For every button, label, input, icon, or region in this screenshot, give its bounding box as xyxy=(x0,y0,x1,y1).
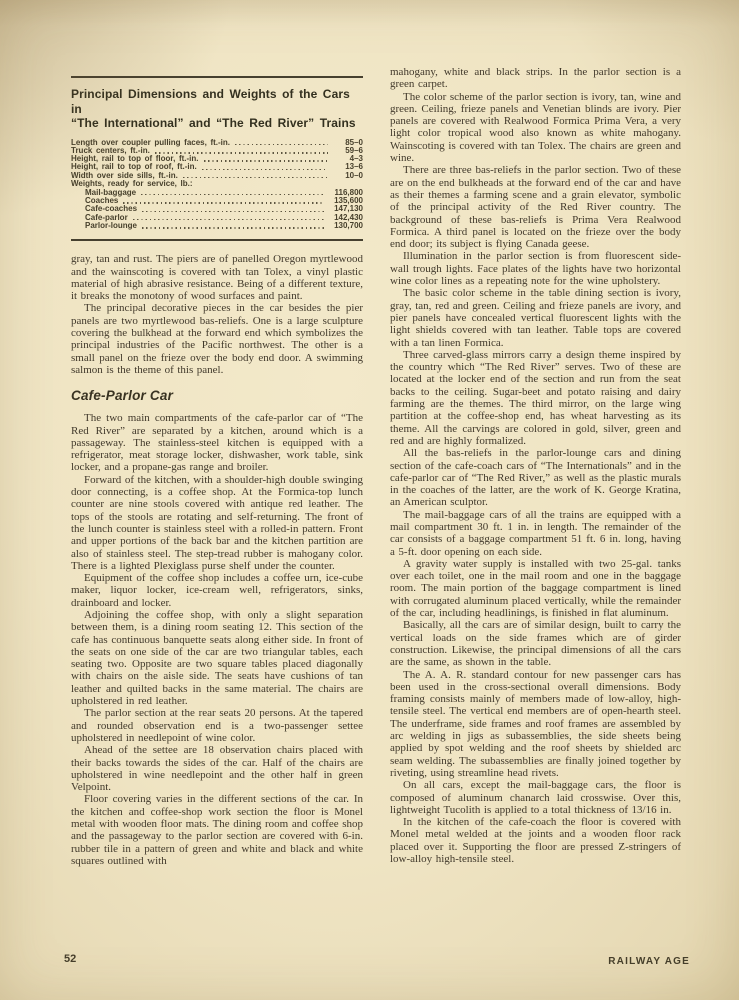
paragraph: Ahead of the settee are 18 observation c… xyxy=(71,744,363,793)
paragraph: In the kitchen of the cafe-coach the flo… xyxy=(390,816,681,865)
dot-leader xyxy=(235,144,328,145)
paragraph: The basic color scheme in the table dini… xyxy=(390,287,681,348)
paragraph: Basically, all the cars are of similar d… xyxy=(390,619,681,668)
paragraph: The A. A. R. standard contour for new pa… xyxy=(390,669,681,780)
paragraph: The principal decorative pieces in the c… xyxy=(71,302,363,376)
dot-leader xyxy=(202,169,328,170)
table-rows: Length over coupler pulling faces, ft.-i… xyxy=(71,139,363,231)
paragraph: The parlor section at the rear seats 20 … xyxy=(71,707,363,744)
dot-leader xyxy=(142,211,324,212)
dimensions-table: Principal Dimensions and Weights of the … xyxy=(71,87,363,230)
paragraph: There are three bas-reliefs in the parlo… xyxy=(390,164,681,250)
magazine-name: RAILWAY AGE xyxy=(608,956,690,967)
dot-leader xyxy=(183,177,328,178)
left-column: Principal Dimensions and Weights of the … xyxy=(71,0,363,867)
dot-leader xyxy=(141,194,324,195)
paragraph: The mail-baggage cars of all the trains … xyxy=(390,509,681,558)
dot-leader xyxy=(123,202,324,203)
table-top-rule xyxy=(71,76,363,78)
paragraph: Equipment of the coffee shop includes a … xyxy=(71,572,363,609)
paragraph: Forward of the kitchen, with a shoulder-… xyxy=(71,474,363,572)
magazine-page-scan: Principal Dimensions and Weights of the … xyxy=(0,0,739,1000)
row-value: 10–0 xyxy=(333,172,363,180)
paragraph: Illumination in the parlor section is fr… xyxy=(390,250,681,287)
table-title: Principal Dimensions and Weights of the … xyxy=(71,87,363,131)
dot-leader xyxy=(142,227,324,228)
page-number: 52 xyxy=(64,953,76,965)
paragraph: A gravity water supply is installed with… xyxy=(390,558,681,619)
paragraph: Floor covering varies in the different s… xyxy=(71,793,363,867)
paragraph: Adjoining the coffee shop, with only a s… xyxy=(71,609,363,707)
table-row: Parlor-lounge 130,700 xyxy=(71,222,363,230)
paragraph: Three carved-glass mirrors carry a desig… xyxy=(390,349,681,447)
table-bottom-rule xyxy=(71,239,363,241)
paragraph: On all cars, except the mail-baggage car… xyxy=(390,779,681,816)
row-label: Parlor-lounge xyxy=(85,222,137,230)
paragraph: mahogany, white and black strips. In the… xyxy=(390,66,681,91)
table-title-line1: Principal Dimensions and Weights of the … xyxy=(71,87,363,116)
section-heading-cafe-parlor-car: Cafe-Parlor Car xyxy=(71,388,363,403)
dot-leader xyxy=(133,219,324,220)
table-title-line2: “The International” and “The Red River” … xyxy=(71,116,363,131)
paragraph: The two main compartments of the cafe-pa… xyxy=(71,412,363,473)
paragraph: All the bas-reliefs in the parlor-lounge… xyxy=(390,447,681,508)
row-value: 130,700 xyxy=(329,222,363,230)
paragraph: The color scheme of the parlor section i… xyxy=(390,91,681,165)
paragraph: gray, tan and rust. The piers are of pan… xyxy=(71,253,363,302)
dot-leader xyxy=(204,160,329,161)
right-column: mahogany, white and black strips. In the… xyxy=(390,66,681,865)
